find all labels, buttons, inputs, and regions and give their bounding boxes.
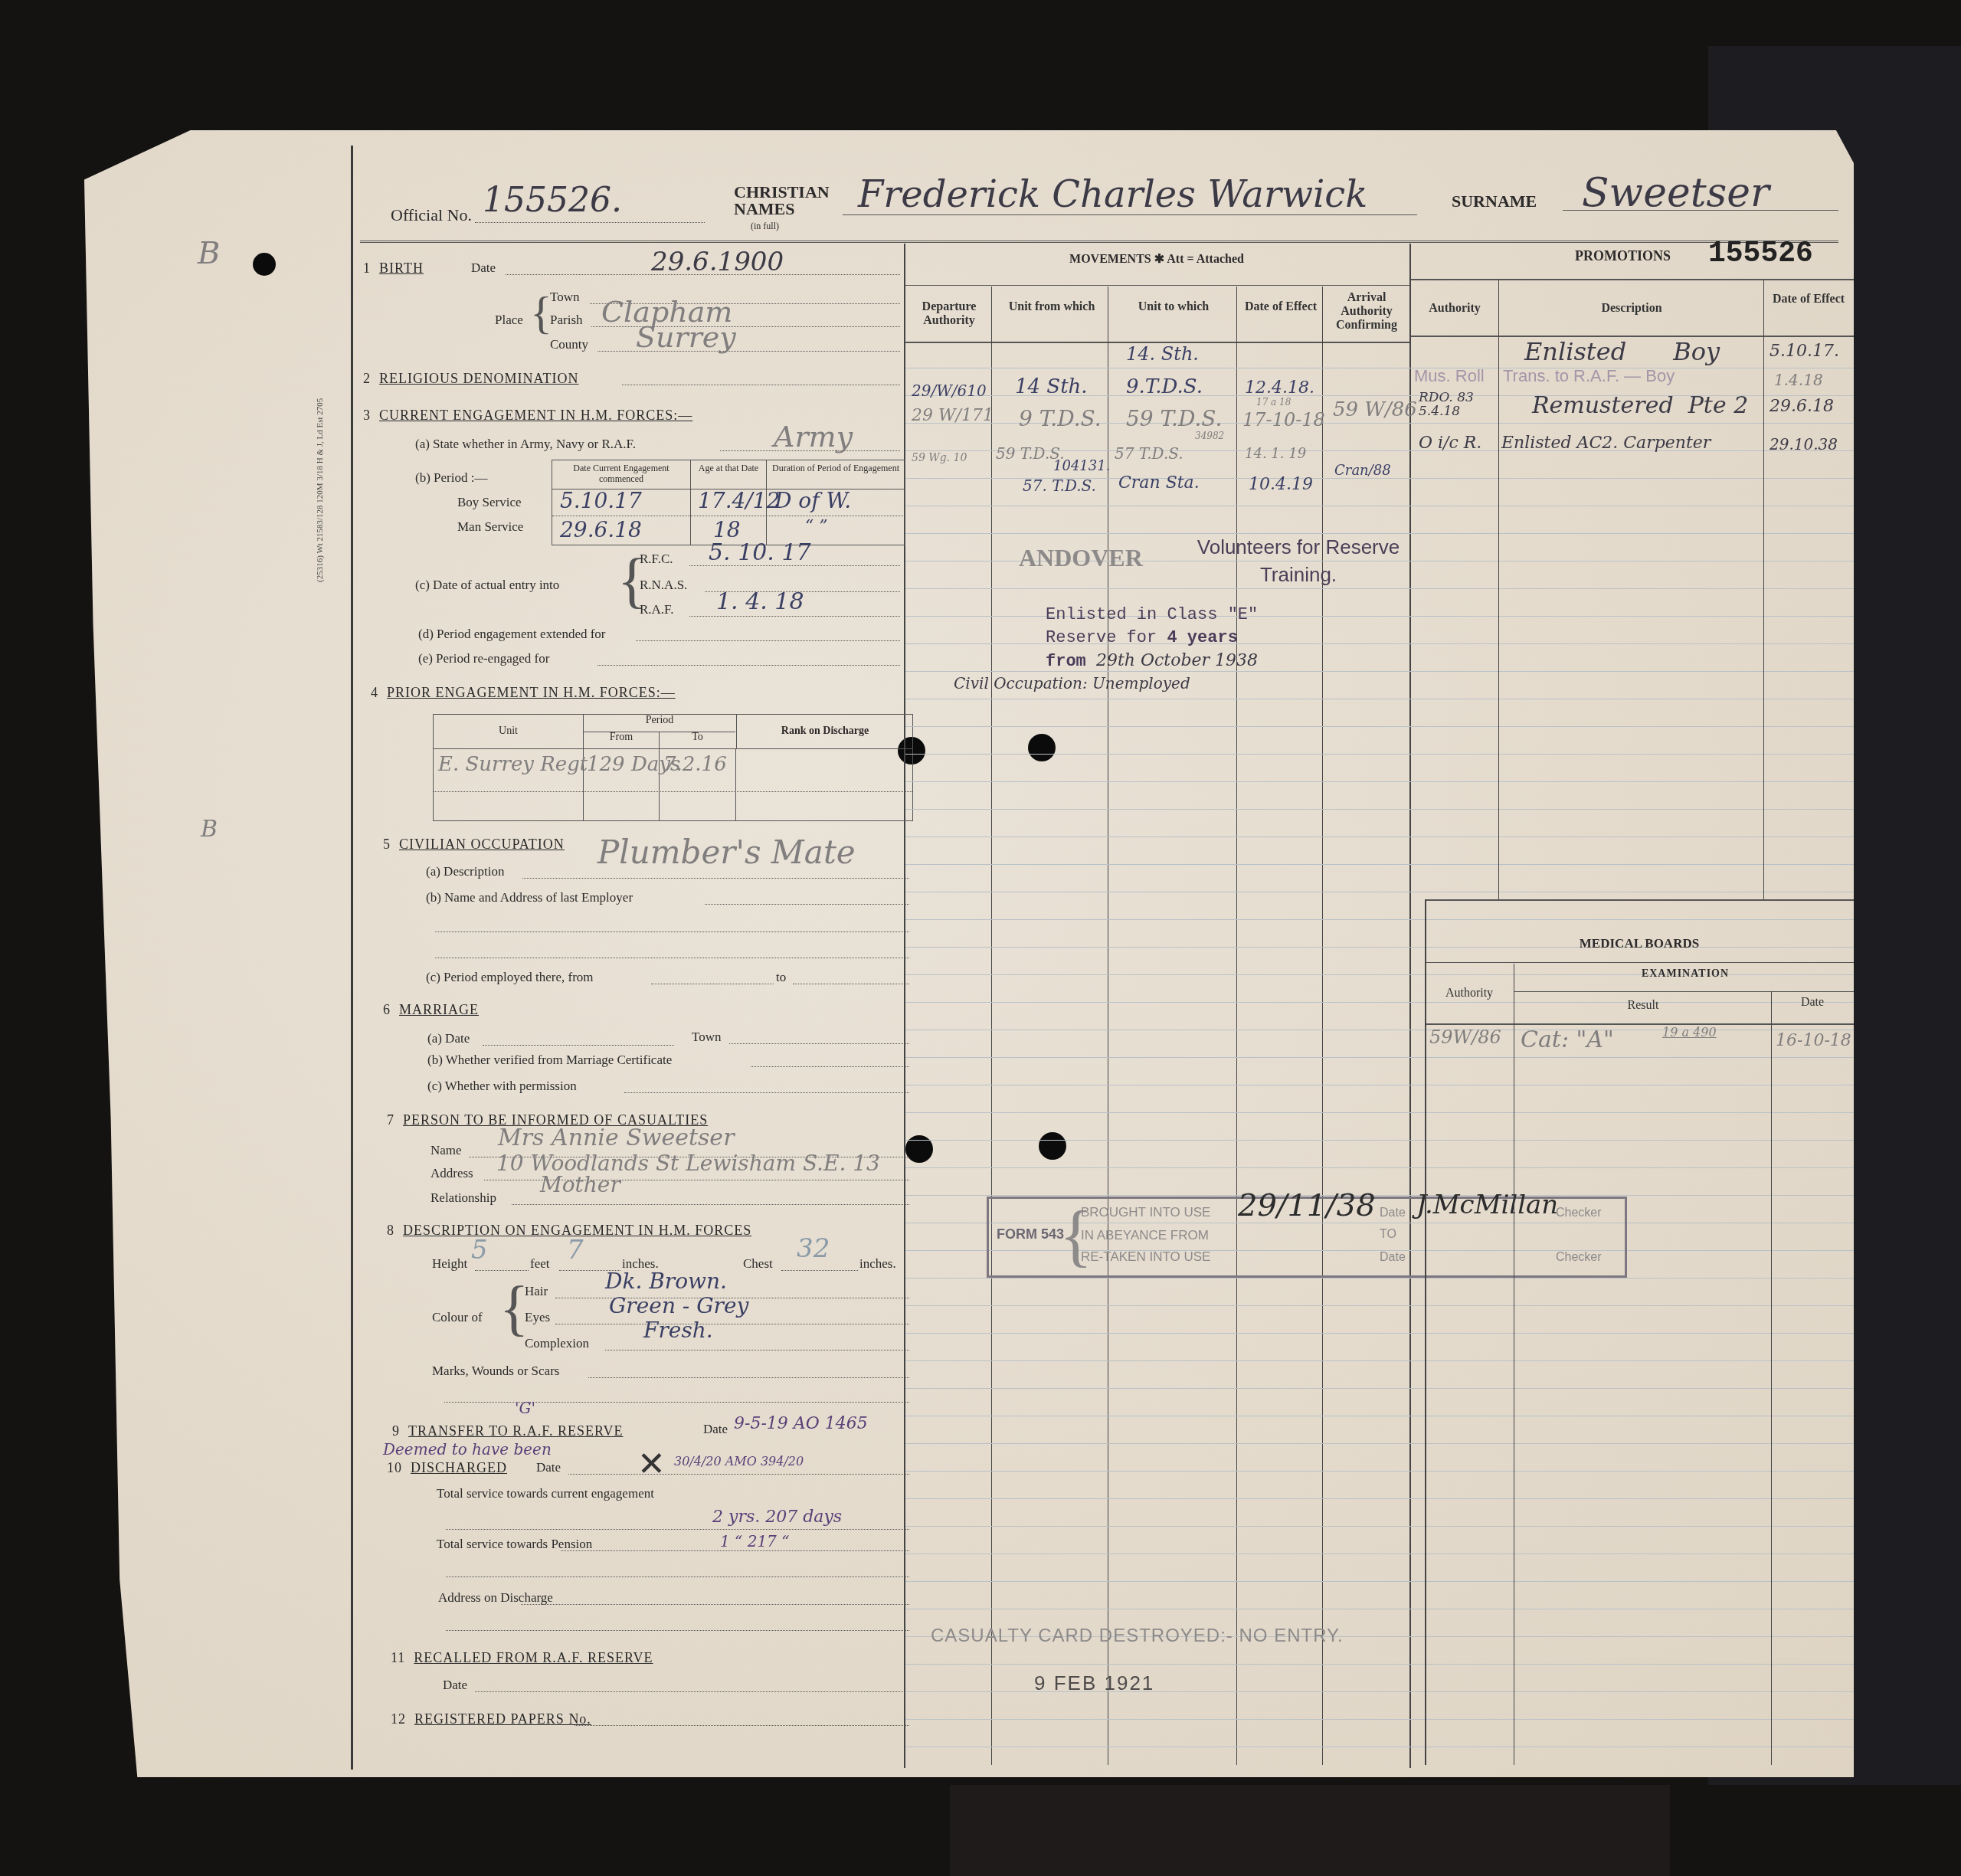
birth-date-value: 29.6.1900 — [651, 247, 784, 277]
col-header: Duration of Period of Engagement — [767, 460, 905, 489]
brought-into-use-label: BROUGHT INTO USE — [1081, 1205, 1210, 1220]
discharge-address-label: Address on Discharge — [438, 1590, 553, 1606]
field-line — [475, 1691, 909, 1692]
field-line — [605, 1350, 909, 1351]
total-pension-label: Total service towards Pension — [437, 1537, 592, 1552]
medical-date: 16-10-18 — [1776, 1031, 1851, 1050]
actual-entry-label: (c) Date of actual entry into — [415, 578, 559, 593]
total-current-label: Total service towards current engagement — [437, 1486, 654, 1501]
field-line — [622, 385, 900, 385]
section-number: 3 — [363, 408, 371, 423]
eyes-value: Green - Grey — [609, 1293, 748, 1318]
section-number: 5 — [383, 837, 391, 852]
typed-from: from — [1046, 652, 1096, 671]
typed-reserve-years: 4 years — [1167, 628, 1237, 647]
column-divider — [1498, 280, 1499, 899]
field-line — [475, 1270, 529, 1271]
surname-value: Sweetser — [1582, 170, 1769, 216]
extended-label: (d) Period engagement extended for — [418, 627, 606, 642]
section-title-religion: RELIGIOUS DENOMINATION — [379, 371, 578, 386]
col-header-departure: Departure Authority — [907, 300, 991, 328]
surname-label: SURNAME — [1452, 192, 1537, 211]
col-header-authority: Authority — [1413, 302, 1497, 316]
section-number: 9 — [392, 1423, 400, 1439]
section-number: 10 — [387, 1460, 402, 1475]
column-divider — [1425, 899, 1426, 1765]
field-line — [435, 958, 909, 958]
rfc-label: R.F.C. — [640, 552, 673, 567]
section-number: 11 — [391, 1650, 405, 1665]
promotion-date: 5.10.17. — [1769, 342, 1839, 361]
section-number: 4 — [371, 685, 378, 700]
column-divider — [1514, 964, 1514, 1765]
parish-label: Parish — [550, 313, 583, 328]
col-header-date: Date — [1774, 996, 1851, 1010]
movement-date-note: 17 a 18 — [1256, 397, 1291, 408]
section-number: 1 — [363, 260, 371, 276]
prior-engagement-table: Unit Period From To Rank on Discharge E.… — [433, 714, 913, 821]
andover-stamp: ANDOVER — [1019, 544, 1143, 572]
official-no-label: Official No. — [391, 205, 472, 225]
medical-result-note: 19 a 490 — [1662, 1025, 1717, 1039]
chest-inches-label: inches. — [859, 1256, 896, 1272]
header-rule — [1426, 962, 1854, 963]
field-line — [588, 1377, 909, 1378]
marriage-town-label: Town — [692, 1030, 721, 1045]
movement-unit-to: Cran Sta. — [1118, 473, 1200, 493]
form-543-label: FORM 543 — [997, 1226, 1064, 1242]
relationship-label: Relationship — [431, 1190, 496, 1206]
boy-service-age: 17.4/12 — [698, 488, 780, 513]
field-line — [435, 931, 909, 932]
left-margin-rule — [351, 146, 353, 1770]
promotion-description: Enlisted Boy — [1524, 337, 1720, 366]
retaken-into-use-label: RE-TAKEN INTO USE — [1081, 1249, 1210, 1265]
col-header: Date Current Engagement commenced — [552, 460, 691, 489]
field-line — [597, 665, 900, 666]
movement-unit-from: 14 Sth. — [1015, 375, 1088, 398]
movement-unit-to: 9.T.D.S. — [1126, 375, 1203, 398]
checker-label: Checker — [1556, 1251, 1602, 1265]
section-title-recalled: RECALLED FROM R.A.F. RESERVE — [414, 1650, 653, 1665]
colour-label: Colour of — [432, 1310, 483, 1325]
field-line — [561, 1550, 909, 1551]
section-number: 12 — [391, 1711, 406, 1727]
period-employed-label: (c) Period employed there, from — [426, 970, 594, 985]
complexion-label: Complexion — [525, 1336, 589, 1351]
column-divider — [1236, 286, 1237, 1765]
casualty-card-stamp: CASUALTY CARD DESTROYED:- NO ENTRY. — [931, 1626, 1344, 1647]
promotion-date: 1.4.18 — [1774, 371, 1823, 389]
field-line — [793, 984, 909, 984]
occupation-description-value: Plumber's Mate — [597, 833, 856, 871]
field-line — [575, 1725, 909, 1726]
field-line — [689, 616, 900, 617]
checker-signature: J.McMillan — [1416, 1190, 1558, 1220]
promotion-authority: O i/c R. — [1419, 434, 1481, 453]
height-inches-value: 7 — [567, 1235, 584, 1265]
transfer-annotation: 'G' — [515, 1399, 535, 1417]
man-service-label: Man Service — [457, 519, 523, 535]
col-header-date-of-effect: Date of Effect — [1239, 300, 1322, 314]
reserve-start-date: 29th October 1938 — [1096, 651, 1258, 670]
eyes-label: Eyes — [525, 1310, 550, 1325]
raf-label: R.A.F. — [640, 602, 673, 617]
date-label: Date — [1380, 1206, 1406, 1220]
christian-names-label: CHRISTIAN NAMES — [734, 184, 856, 218]
backing-strip — [950, 1785, 1670, 1876]
movement-departure: 29/W/610 — [912, 381, 987, 400]
field-line — [522, 878, 909, 879]
transfer-date-label: Date — [703, 1422, 728, 1437]
movement-unit-from: 57. T.D.S. — [1023, 476, 1096, 495]
col-header-authority: Authority — [1428, 987, 1511, 1000]
column-divider — [991, 286, 992, 1765]
col-header-result: Result — [1517, 999, 1769, 1013]
reengaged-label: (e) Period re-engaged for — [418, 651, 549, 666]
recalled-date-label: Date — [443, 1678, 467, 1693]
marriage-permission-label: (c) Whether with permission — [427, 1079, 577, 1094]
christian-names-value: Frederick Charles Warwick — [858, 173, 1367, 216]
volunteers-stamp: Volunteers for Reserve Training. — [1191, 533, 1406, 588]
man-service-duration: “ ” — [805, 517, 828, 536]
section-number: 7 — [387, 1112, 394, 1128]
checker-label: Checker — [1556, 1206, 1602, 1220]
period-label: (b) Period :— — [415, 470, 487, 486]
county-value: Surrey — [636, 320, 736, 354]
man-service-date: 29.6.18 — [560, 517, 642, 542]
field-line — [568, 1474, 909, 1475]
col-header: To — [660, 732, 735, 749]
movement-departure: 29 W/171 — [912, 406, 994, 425]
section-title-transfer: TRANSFER TO R.A.F. RESERVE — [408, 1423, 624, 1439]
promotions-title: PROMOTIONS — [1575, 248, 1671, 264]
promotion-authority-stamp: Mus. Roll — [1414, 366, 1485, 386]
promotion-date: 29.10.38 — [1769, 435, 1838, 453]
column-divider — [1409, 244, 1411, 1768]
col-header-unit-to: Unit to which — [1111, 300, 1236, 314]
column-divider — [1322, 286, 1323, 1765]
binder-notch — [70, 720, 95, 781]
raf-value: 1. 4. 18 — [716, 588, 804, 615]
chest-value: 32 — [797, 1233, 830, 1264]
total-pension-value: 1 “ 217 “ — [720, 1532, 789, 1550]
field-line — [729, 1043, 909, 1044]
form-543-stamp: FORM 543 { BROUGHT INTO USE 29/11/38 Dat… — [987, 1197, 1627, 1278]
last-employer-label: (b) Name and Address of last Employer — [426, 890, 633, 905]
movement-unit-to: 59 T.D.S. — [1126, 406, 1222, 431]
movement-departure: 59 Wg. 10 — [912, 452, 967, 464]
promotion-description: Enlisted AC2. Carpenter — [1501, 434, 1711, 453]
header-rule — [1411, 279, 1854, 280]
occupation-description-label: (a) Description — [426, 864, 504, 879]
printer-imprint: (25316) Wt 21583/128 120M 3/18 H & J, Ld… — [316, 222, 325, 582]
cross-mark: ✕ — [637, 1445, 666, 1484]
col-header-date-of-effect: Date of Effect — [1766, 293, 1851, 306]
next-of-kin-name-value: Mrs Annie Sweetser — [498, 1125, 734, 1151]
service-branch-label: (a) State whether in Army, Navy or R.A.F… — [415, 437, 636, 452]
section-number: 8 — [387, 1223, 394, 1238]
col-header: Age at that Date — [691, 460, 767, 489]
section-title-current-engagement: CURRENT ENGAGEMENT IN H.M. FORCES:— — [379, 408, 692, 423]
binder-notch — [70, 1057, 95, 1118]
official-no-value: 155526. — [483, 181, 622, 220]
section-title-civilian-occupation: CIVILIAN OCCUPATION — [399, 837, 565, 852]
column-divider — [1108, 286, 1108, 1765]
header-rule — [360, 241, 1838, 243]
transfer-note: Deemed to have been — [383, 1440, 552, 1459]
official-no-line — [475, 222, 705, 223]
section-title-registered-papers: REGISTERED PAPERS No. — [414, 1711, 591, 1727]
field-line — [705, 904, 909, 905]
col-header: From — [584, 732, 660, 749]
header-rule — [1426, 1023, 1854, 1025]
section-title-birth: BIRTH — [379, 260, 424, 276]
next-of-kin-address-label: Address — [431, 1166, 473, 1181]
section-number: 2 — [363, 371, 371, 386]
town-label: Town — [550, 290, 579, 305]
field-line — [521, 1604, 909, 1605]
marriage-date-label: (a) Date — [427, 1031, 470, 1046]
medical-result: Cat: "A" — [1521, 1026, 1614, 1053]
field-line — [781, 1270, 858, 1271]
col-header-arrival-authority: Arrival Authority Confirming — [1325, 291, 1408, 332]
boy-service-date: 5.10.17 — [560, 488, 642, 513]
to-label: TO — [1380, 1228, 1396, 1242]
county-label: County — [550, 337, 588, 352]
column-divider — [1763, 280, 1764, 899]
typed-reserve-text: Reserve for — [1046, 628, 1167, 647]
margin-mark: B — [201, 816, 218, 843]
brought-into-use-date: 29/11/38 — [1238, 1188, 1376, 1223]
col-header: Rank on Discharge — [736, 715, 913, 749]
christian-names-sub: (in full) — [751, 221, 779, 232]
movement-unit-to-note: 34982 — [1195, 431, 1224, 441]
period-to-label: to — [776, 970, 786, 985]
punch-hole — [1039, 1132, 1066, 1160]
boy-service-duration: D of W. — [774, 488, 851, 513]
punch-hole — [253, 253, 276, 276]
margin-mark: B — [198, 236, 220, 271]
promotion-date: 29.6.18 — [1769, 397, 1834, 416]
discharge-date-value: 30/4/20 AMO 394/20 — [674, 1454, 804, 1468]
promotion-authority: RDO. 83 5.4.18 — [1419, 391, 1495, 418]
field-line — [636, 640, 900, 641]
header-rule — [905, 285, 1409, 286]
promotions-number-stamp: 155526 — [1708, 237, 1813, 270]
section-rule — [1425, 899, 1854, 901]
examination-header: EXAMINATION — [1517, 968, 1854, 981]
civil-occupation-note: Civil Occupation: Unemployed — [954, 674, 1190, 692]
boy-service-label: Boy Service — [457, 495, 522, 510]
field-line — [555, 1324, 909, 1324]
total-current-value: 2 yrs. 207 days — [712, 1508, 842, 1527]
medical-boards-title: MEDICAL BOARDS — [1426, 936, 1852, 951]
promotion-description-stamp: Trans. to R.A.F. — Boy — [1503, 366, 1675, 386]
col-header: Unit — [434, 715, 584, 749]
movements-title: MOVEMENTS ✱ Att = Attached — [905, 251, 1408, 267]
chest-label: Chest — [743, 1256, 773, 1272]
movement-date: 17-10-18 — [1242, 409, 1325, 431]
typed-enlisted-class: Enlisted in Class "E" — [1046, 605, 1258, 624]
marriage-cert-label: (b) Whether verified from Marriage Certi… — [427, 1053, 672, 1068]
service-branch-value: Army — [774, 420, 853, 453]
movement-unit-to: 14. Sth. — [1126, 343, 1199, 365]
height-feet-value: 5 — [471, 1235, 488, 1265]
movement-date: 14. 1. 19 — [1245, 446, 1306, 462]
height-label: Height — [432, 1256, 467, 1272]
promotion-description: Remustered Pte 2 — [1532, 392, 1748, 419]
hair-value: Dk. Brown. — [605, 1269, 727, 1294]
birth-date-label: Date — [471, 260, 496, 276]
discharge-date-label: Date — [536, 1460, 561, 1475]
section-title-prior-engagement: PRIOR ENGAGEMENT IN H.M. FORCES:— — [387, 685, 676, 700]
field-line — [651, 984, 774, 984]
section-title-discharged: DISCHARGED — [411, 1460, 507, 1475]
movement-unit-from: 9 T.D.S. — [1019, 406, 1102, 431]
in-abeyance-label: IN ABEYANCE FROM — [1081, 1228, 1209, 1243]
complexion-value: Fresh. — [643, 1318, 713, 1343]
next-of-kin-name-label: Name — [431, 1143, 462, 1158]
period-table: Date Current Engagement commenced Age at… — [552, 460, 905, 545]
field-line — [446, 1576, 909, 1577]
field-line — [751, 1066, 909, 1067]
medical-authority: 59W/86 — [1429, 1026, 1501, 1048]
field-line — [446, 1630, 909, 1631]
movement-unit-to: 57 T.D.S. — [1115, 444, 1183, 463]
movement-arrival: 59 W/86 — [1333, 398, 1417, 421]
place-label: Place — [495, 313, 523, 328]
column-divider — [1771, 991, 1772, 1765]
header-rule — [1514, 991, 1854, 992]
date-label: Date — [1380, 1251, 1406, 1265]
field-line — [483, 1045, 674, 1046]
date-stamp: 9 FEB 1921 — [1034, 1671, 1154, 1695]
col-header: Period — [584, 715, 735, 732]
col-header-unit-from: Unit from which — [994, 300, 1109, 314]
transfer-date-value: 9-5-19 AO 1465 — [734, 1414, 868, 1433]
movement-unit-from-note: 104131. — [1053, 458, 1110, 474]
movement-date: 10.4.19 — [1249, 475, 1313, 494]
movement-date: 12.4.18. — [1245, 378, 1314, 398]
section-title-marriage: MARRIAGE — [399, 1002, 479, 1017]
marks-label: Marks, Wounds or Scars — [432, 1364, 559, 1379]
field-line — [446, 1529, 909, 1530]
hair-label: Hair — [525, 1284, 548, 1299]
brace: { — [530, 290, 552, 336]
rfc-value: 5. 10. 17 — [709, 539, 811, 566]
col-header-description: Description — [1501, 302, 1762, 316]
movement-arrival: Cran/88 — [1334, 463, 1391, 479]
punch-hole — [1028, 734, 1056, 761]
relationship-value: Mother — [540, 1172, 620, 1197]
feet-label: feet — [530, 1256, 549, 1272]
prior-to-value: 7.2.16 — [663, 753, 727, 776]
rnas-label: R.N.A.S. — [640, 578, 687, 593]
field-line — [512, 1204, 909, 1205]
field-line — [624, 1092, 909, 1093]
section-number: 6 — [383, 1002, 391, 1017]
prior-unit-value: E. Surrey Regt — [438, 753, 588, 776]
